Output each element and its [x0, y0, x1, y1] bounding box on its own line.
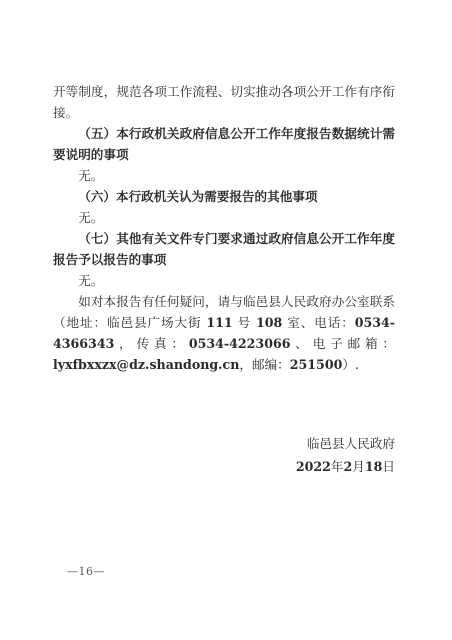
date-year-unit: 年 — [331, 459, 344, 474]
section-6-content: 无。 — [53, 207, 395, 228]
date-month-unit: 月 — [352, 459, 365, 474]
contact-text: 室、电话： — [282, 315, 354, 330]
section-5-heading: （五）本行政机关政府信息公开工作年度报告数据统计需要说明的事项 — [53, 123, 395, 165]
contact-closing-text: ）. — [342, 357, 359, 372]
date-day-unit: 日 — [382, 459, 395, 474]
contact-postcode: 251500 — [290, 357, 343, 372]
contact-paragraph: 如对本报告有任何疑问，请与临邑县人民政府办公室联系（地址：临邑县广场大街 111… — [53, 291, 395, 375]
issue-date: 2022年2月18日 — [53, 456, 395, 477]
paragraph-continuation: 开等制度，规范各项工作流程、切实推动各项公开工作有序衔接。 — [53, 81, 395, 123]
section-5-content: 无。 — [53, 165, 395, 186]
date-month: 2 — [344, 459, 353, 474]
page-number: —16— — [67, 565, 105, 579]
issuer-name: 临邑县人民政府 — [53, 433, 395, 454]
section-7-heading: （七）其他有关文件专门要求通过政府信息公开工作年度报告予以报告的事项 — [53, 228, 395, 270]
contact-fax-number: 0534-4223066 — [189, 336, 291, 351]
contact-street-number: 111 — [206, 315, 232, 330]
contact-text: ，传真： — [114, 336, 189, 351]
date-year: 2022 — [296, 459, 331, 474]
contact-text: 号 — [233, 315, 256, 330]
document-body: 开等制度，规范各项工作流程、切实推动各项公开工作有序衔接。 （五）本行政机关政府… — [53, 81, 395, 477]
document-page: 开等制度，规范各项工作流程、切实推动各项公开工作有序衔接。 （五）本行政机关政府… — [0, 0, 452, 640]
section-7-content: 无。 — [53, 270, 395, 291]
signature-block: 临邑县人民政府 2022年2月18日 — [53, 433, 395, 477]
date-day: 18 — [365, 459, 383, 474]
contact-text: 、电子邮箱： — [290, 336, 395, 351]
contact-text: ，邮编： — [239, 357, 289, 372]
contact-room-number: 108 — [256, 315, 282, 330]
section-6-heading: （六）本行政机关认为需要报告的其他事项 — [53, 186, 395, 207]
contact-email-address: lyxfbxxzx@dz.shandong.cn — [53, 357, 239, 372]
